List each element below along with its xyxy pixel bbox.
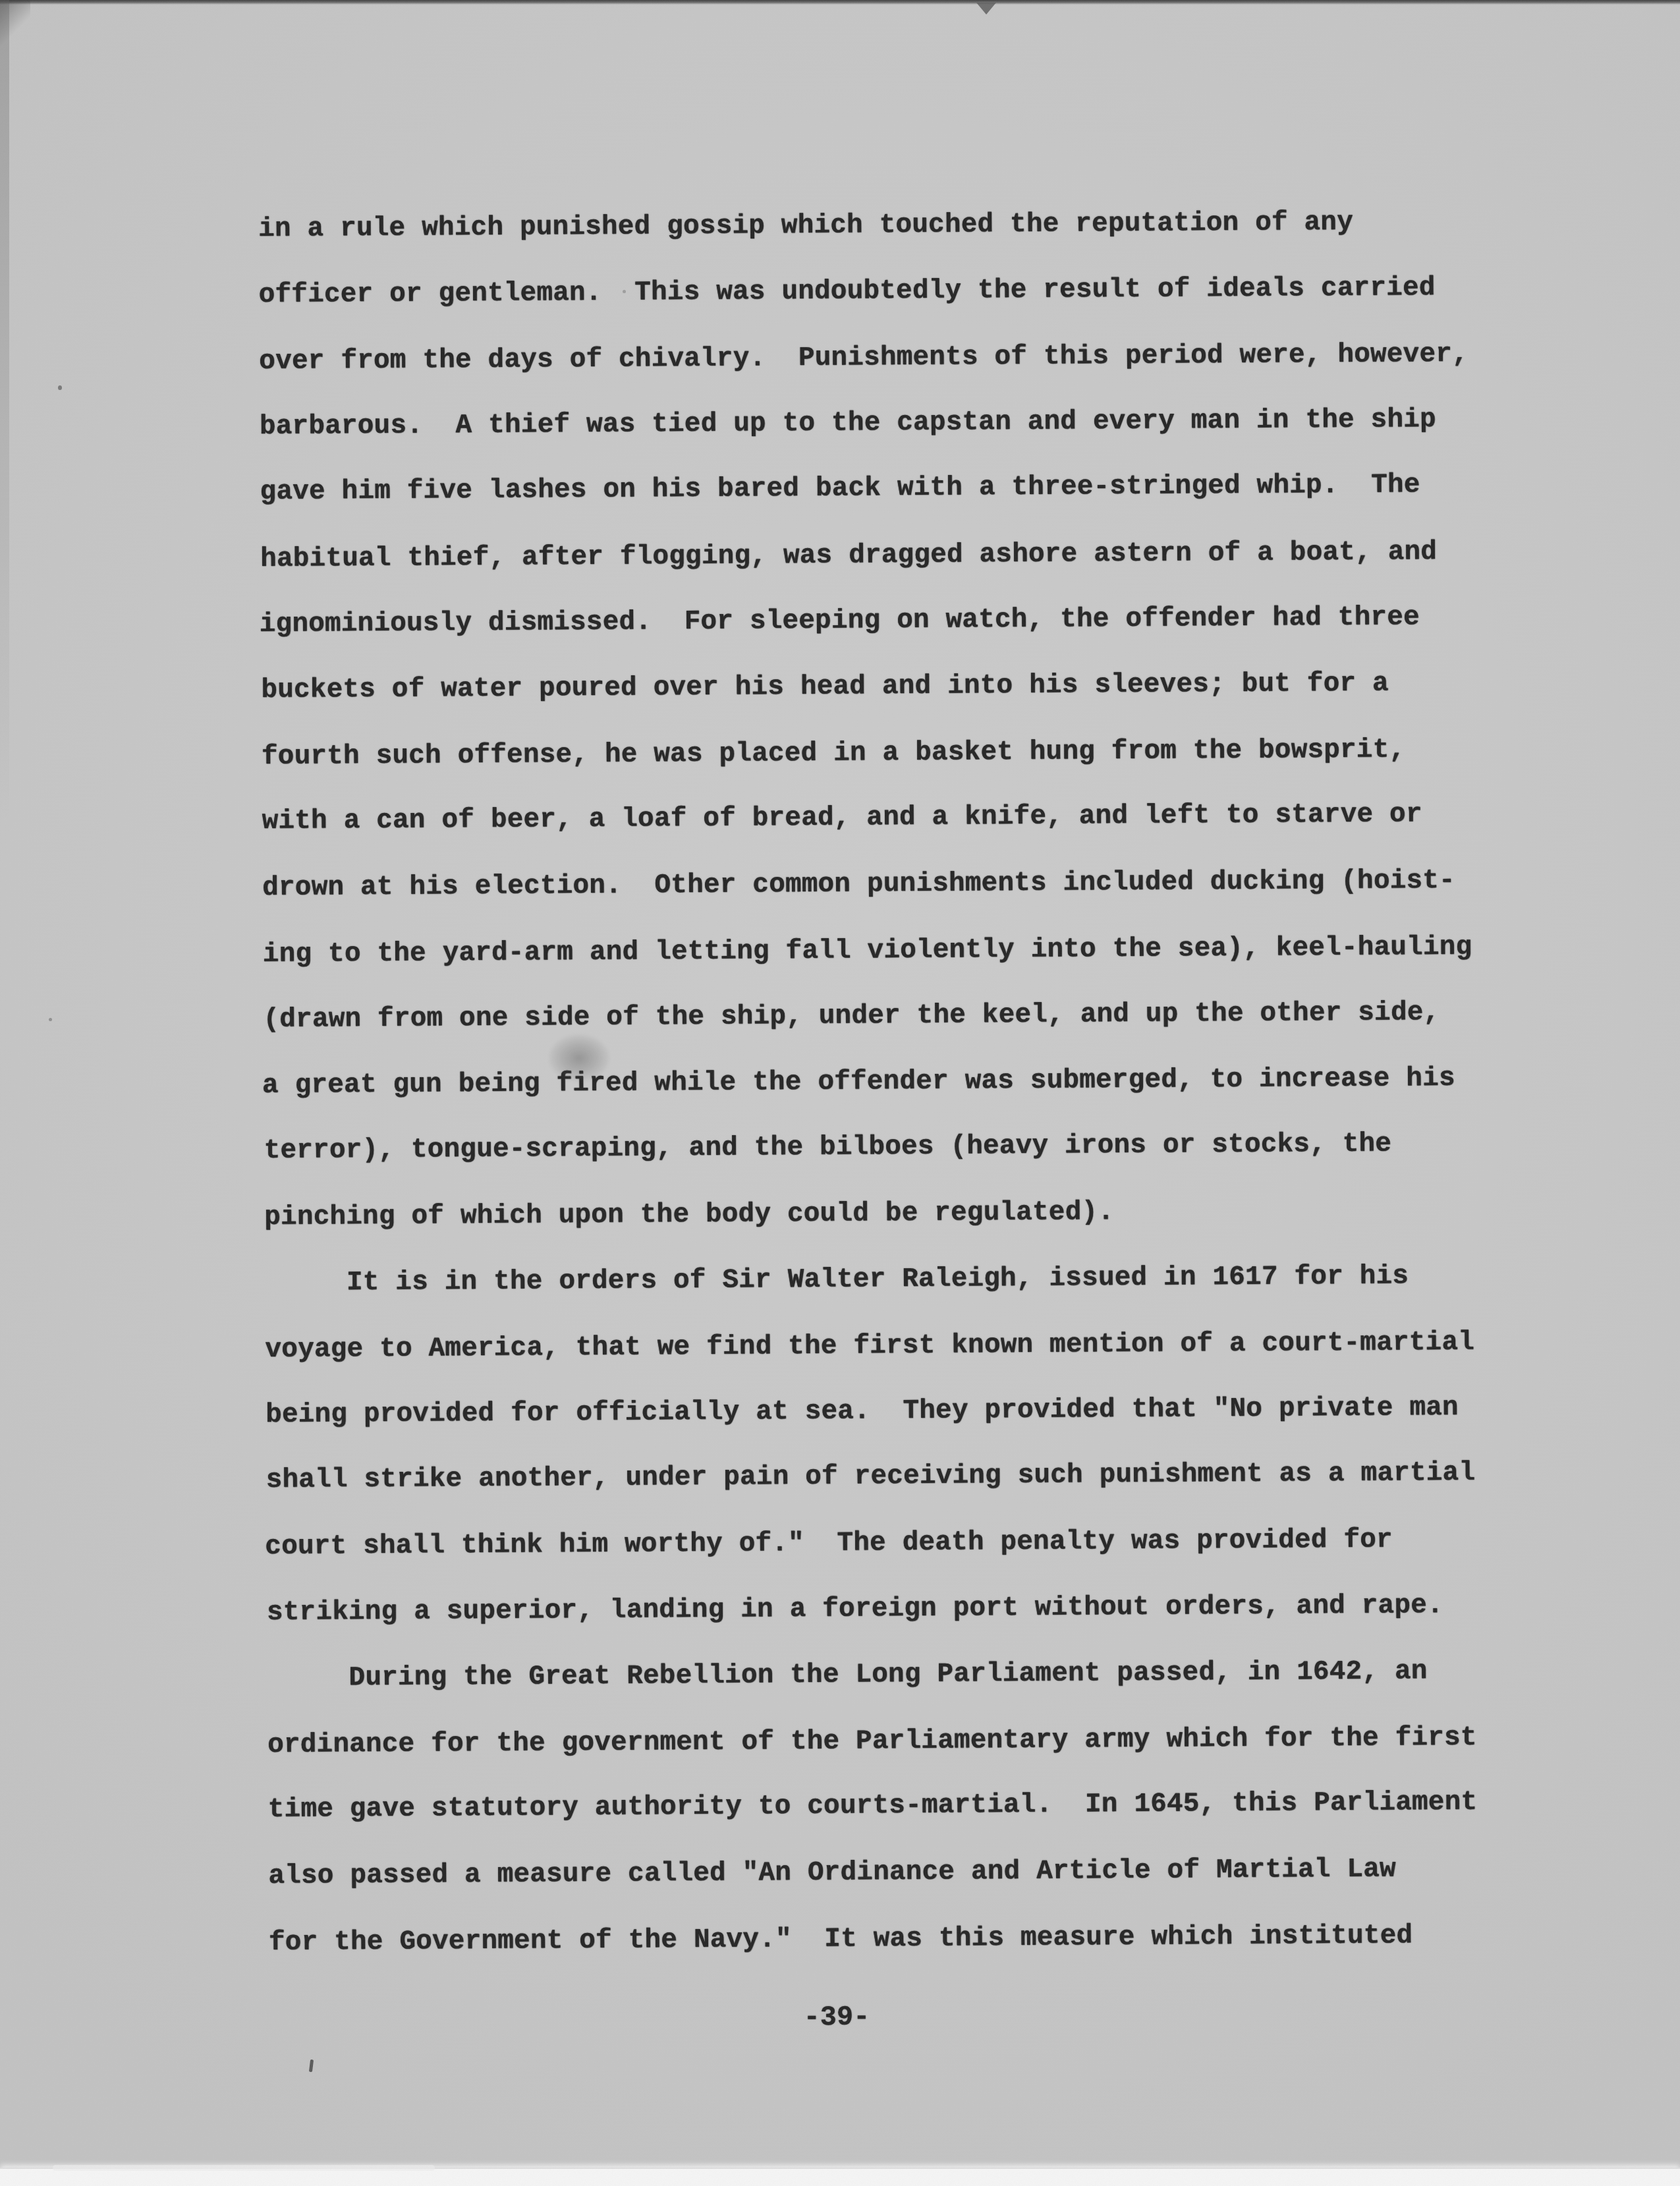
- text-line: being provided for officially at sea. Th…: [266, 1374, 1557, 1448]
- text-line: During the Great Rebellion the Long Parl…: [267, 1638, 1559, 1712]
- scanned-page: in a rule which punished gossip which to…: [0, 0, 1680, 2186]
- scan-speck: [309, 2060, 314, 2072]
- text-line: habitual thief, after flogging, was drag…: [260, 518, 1552, 592]
- text-line: buckets of water poured over his head an…: [261, 650, 1553, 723]
- scan-speck: [49, 1018, 52, 1021]
- scan-left-edge-shade: [0, 0, 9, 824]
- scan-speck: [58, 385, 62, 390]
- text-line: ignominiously dismissed. For sleeping on…: [259, 584, 1551, 658]
- scan-top-edge: [0, 0, 1680, 5]
- text-line: ing to the yard-arm and letting fall vio…: [262, 914, 1554, 988]
- text-line: for the Government of the Navy." It was …: [269, 1902, 1561, 1976]
- text-line: pinching of which upon the body could be…: [264, 1177, 1556, 1250]
- text-line: a great gun being fired while the offend…: [262, 1045, 1554, 1119]
- text-line: time gave statutory authority to courts-…: [267, 1769, 1559, 1843]
- typewritten-text: in a rule which punished gossip which to…: [258, 188, 1560, 1975]
- text-line: also passed a measure called "An Ordinan…: [268, 1836, 1560, 1909]
- page-number: -39-: [758, 1997, 916, 2037]
- text-line: gave him five lashes on his bared back w…: [260, 451, 1552, 525]
- text-line: over from the days of chivalry. Punishme…: [259, 321, 1551, 395]
- text-line: in a rule which punished gossip which to…: [258, 188, 1550, 262]
- text-line: with a can of beer, a loaf of bread, and…: [262, 781, 1554, 855]
- text-line: fourth such offense, he was placed in a …: [262, 716, 1554, 790]
- text-line: striking a superior, landing in a foreig…: [267, 1572, 1559, 1646]
- text-line: barbarous. A thief was tied up to the ca…: [260, 386, 1552, 460]
- text-line: shall strike another, under pain of rece…: [266, 1440, 1557, 1513]
- ink-smudge: [549, 1034, 609, 1082]
- text-line: It is in the orders of Sir Walter Raleig…: [265, 1243, 1557, 1316]
- text-line: (drawn from one side of the ship, under …: [263, 979, 1555, 1053]
- text-line: ordinance for the government of the Parl…: [267, 1704, 1559, 1778]
- scan-bottom-edge-highlight: [53, 2165, 435, 2171]
- text-line: drown at his election. Other common puni…: [262, 847, 1554, 921]
- text-line: voyage to America, that we find the firs…: [265, 1309, 1557, 1383]
- scan-speck: [623, 290, 626, 293]
- text-line: officer or gentleman. This was undoubted…: [258, 254, 1550, 328]
- text-line: court shall think him worthy of." The de…: [265, 1506, 1557, 1580]
- scan-top-notch: [976, 3, 996, 14]
- text-line: terror), tongue-scraping, and the bilboe…: [264, 1110, 1555, 1184]
